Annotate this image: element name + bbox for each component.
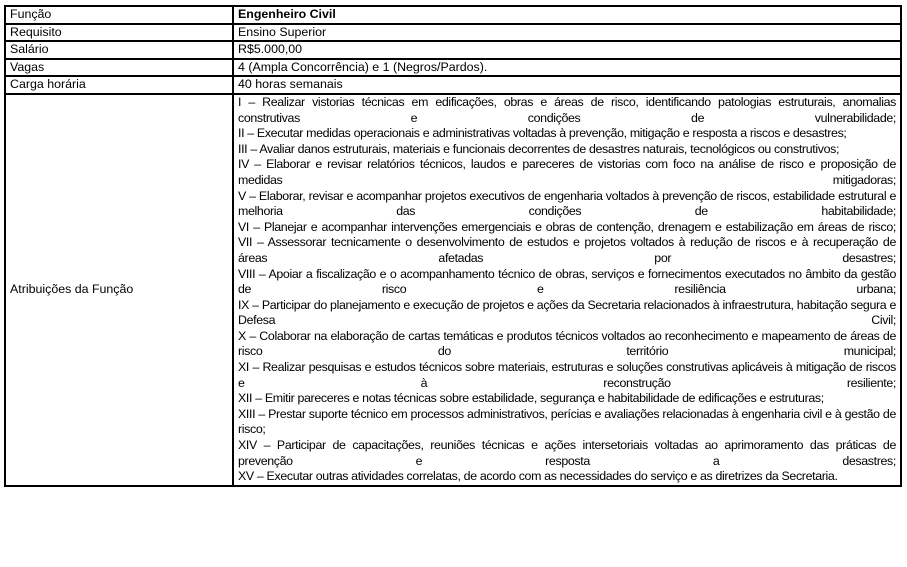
- value-salario: R$5.000,00: [233, 41, 901, 59]
- value-requisito: Ensino Superior: [233, 24, 901, 42]
- row-vagas: Vagas 4 (Ampla Concorrência) e 1 (Negros…: [5, 59, 901, 77]
- label-atribuicoes: Atribuições da Função: [5, 94, 233, 486]
- attribution-item: X – Colaborar na elaboração de cartas te…: [238, 329, 896, 360]
- attribution-item: XII – Emitir pareceres e notas técnicas …: [238, 391, 896, 407]
- job-description-table: Função Engenheiro Civil Requisito Ensino…: [4, 5, 902, 487]
- attribution-item: VIII – Apoiar a fiscalização e o acompan…: [238, 267, 896, 298]
- row-funcao: Função Engenheiro Civil: [5, 6, 901, 24]
- attribution-item: II – Executar medidas operacionais e adm…: [238, 126, 896, 142]
- row-atribuicoes: Atribuições da Função I – Realizar visto…: [5, 94, 901, 486]
- value-carga-horaria: 40 horas semanais: [233, 76, 901, 94]
- attribution-item: XIII – Prestar suporte técnico em proces…: [238, 407, 896, 438]
- attributions-list: I – Realizar vistorias técnicas em edifi…: [238, 95, 896, 485]
- attribution-item: XV – Executar outras atividades correlat…: [238, 469, 896, 485]
- value-atribuicoes: I – Realizar vistorias técnicas em edifi…: [233, 94, 901, 486]
- attribution-item: IX – Participar do planejamento e execuç…: [238, 298, 896, 329]
- label-requisito: Requisito: [5, 24, 233, 42]
- row-salario: Salário R$5.000,00: [5, 41, 901, 59]
- attribution-item: XI – Realizar pesquisas e estudos técnic…: [238, 360, 896, 391]
- label-salario: Salário: [5, 41, 233, 59]
- label-funcao: Função: [5, 6, 233, 24]
- value-funcao: Engenheiro Civil: [233, 6, 901, 24]
- attribution-item: V – Elaborar, revisar e acompanhar proje…: [238, 189, 896, 220]
- attribution-item: IV – Elaborar e revisar relatórios técni…: [238, 157, 896, 188]
- attribution-item: VII – Assessorar tecnicamente o desenvol…: [238, 235, 896, 266]
- label-carga-horaria: Carga horária: [5, 76, 233, 94]
- attribution-item: VI – Planejar e acompanhar intervenções …: [238, 220, 896, 236]
- attribution-item: III – Avaliar danos estruturais, materia…: [238, 142, 896, 158]
- row-carga-horaria: Carga horária 40 horas semanais: [5, 76, 901, 94]
- attribution-item: I – Realizar vistorias técnicas em edifi…: [238, 95, 896, 126]
- row-requisito: Requisito Ensino Superior: [5, 24, 901, 42]
- value-vagas: 4 (Ampla Concorrência) e 1 (Negros/Pardo…: [233, 59, 901, 77]
- attribution-item: XIV – Participar de capacitações, reuniõ…: [238, 438, 896, 469]
- label-vagas: Vagas: [5, 59, 233, 77]
